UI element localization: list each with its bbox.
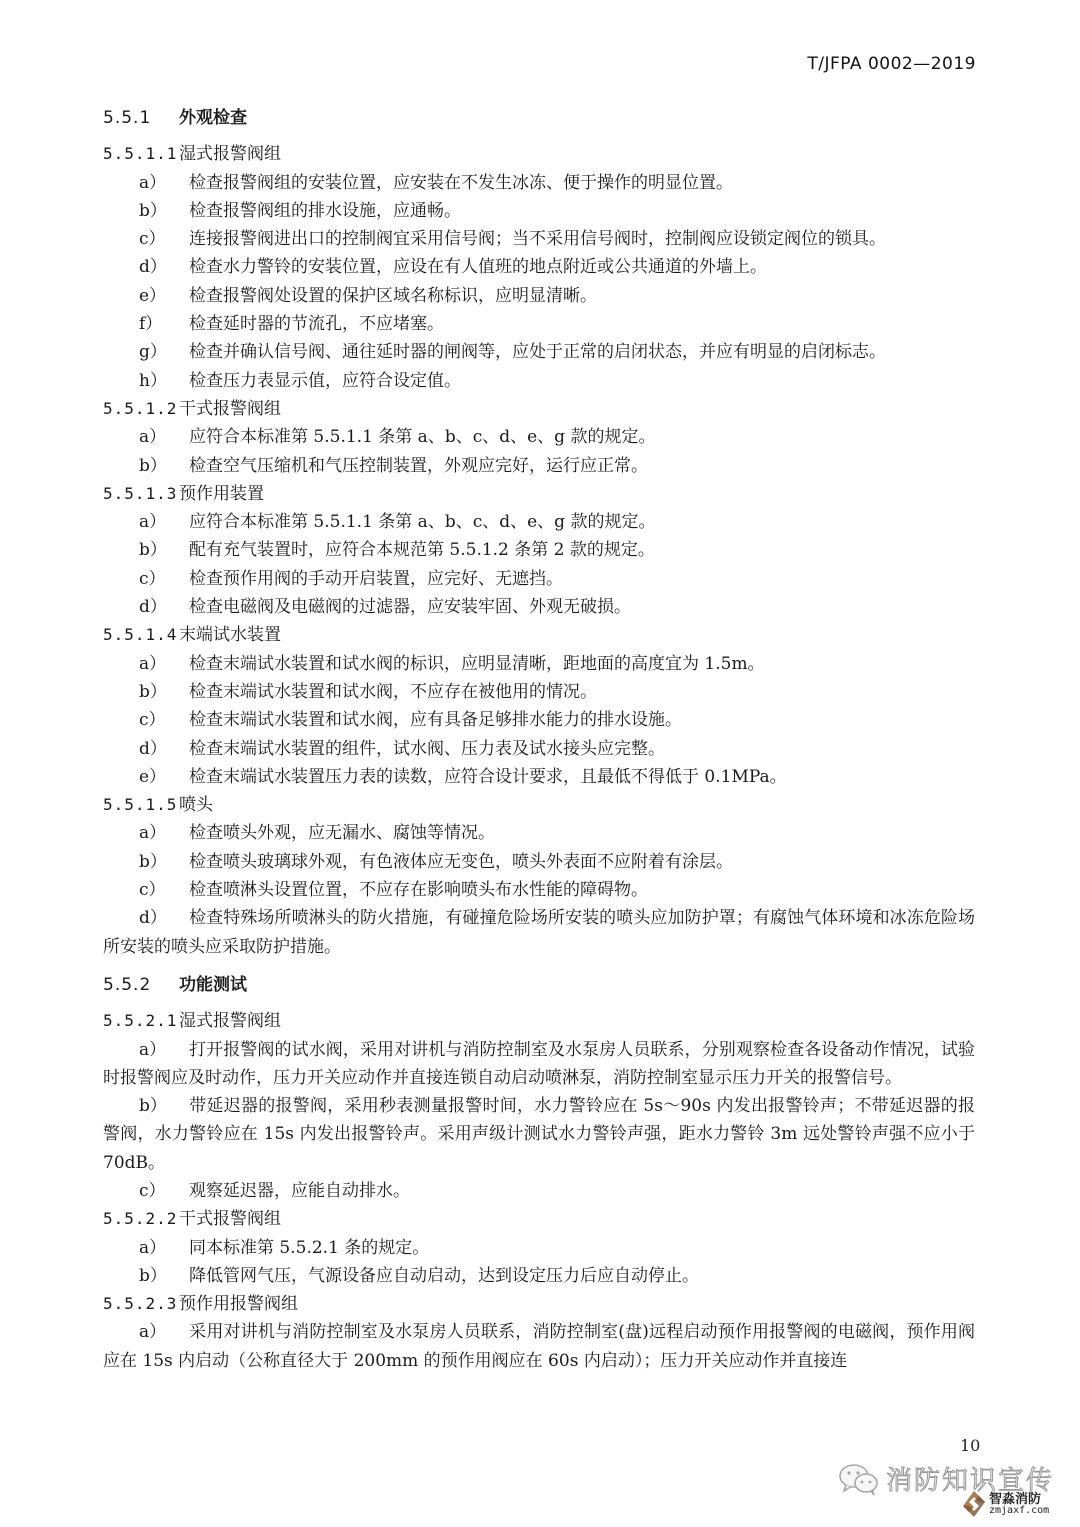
item-text: 降低管网气压，气源设备应自动启动，达到设定压力后应自动停止。	[189, 1266, 699, 1286]
subsection-heading: 5.5.2.2干式报警阀组	[103, 1205, 975, 1233]
list-item: c）检查喷淋头设置位置，不应存在影响喷头布水性能的障碍物。	[103, 876, 975, 904]
list-item: f）检查延时器的节流孔，不应堵塞。	[103, 310, 975, 338]
item-text: 检查末端试水装置和试水阀，不应存在被他用的情况。	[189, 682, 597, 702]
subsection-number: 5.5.1.1	[103, 140, 179, 168]
list-item: d）检查末端试水装置的组件，试水阀、压力表及试水接头应完整。	[103, 735, 975, 763]
item-mark: d）	[139, 253, 189, 281]
item-mark: b）	[139, 452, 189, 480]
subsection-number: 5.5.1.4	[103, 621, 179, 649]
item-text: 检查喷头外观，应无漏水、腐蚀等情况。	[189, 823, 495, 843]
subsection-heading: 5.5.1.3预作用装置	[103, 480, 975, 508]
item-text: 连接报警阀进出口的控制阀宜采用信号阀；当不采用信号阀时，控制阀应设锁定阀位的锁具…	[189, 229, 886, 249]
list-item: d）检查电磁阀及电磁阀的过滤器，应安装牢固、外观无破损。	[103, 593, 975, 621]
item-mark: a）	[139, 169, 189, 197]
item-text: 检查报警阀组的排水设施，应通畅。	[189, 201, 461, 221]
item-text: 检查喷头玻璃球外观，有色液体应无变色，喷头外表面不应附着有涂层。	[189, 852, 733, 872]
subsection-title: 湿式报警阀组	[179, 144, 281, 164]
item-text: 检查电磁阀及电磁阀的过滤器，应安装牢固、外观无破损。	[189, 597, 631, 617]
item-text: 检查空气压缩机和气压控制装置，外观应完好，运行应正常。	[189, 456, 648, 476]
item-mark: d）	[139, 593, 189, 621]
list-item: b）检查喷头玻璃球外观，有色液体应无变色，喷头外表面不应附着有涂层。	[103, 848, 975, 876]
item-mark: a）	[139, 819, 189, 847]
subsection-number: 5.5.2.2	[103, 1205, 179, 1233]
wechat-icon	[838, 1462, 880, 1496]
brand-name: 智淼消防	[989, 1493, 1049, 1506]
list-item: a）检查末端试水装置和试水阀的标识，应明显清晰，距地面的高度宜为 1.5m。	[103, 650, 975, 678]
subsection-heading: 5.5.1.5喷头	[103, 791, 975, 819]
list-item: e）检查末端试水装置压力表的读数，应符合设计要求，且最低不得低于 0.1MPa。	[103, 763, 975, 791]
subsection-title: 预作用报警阀组	[179, 1294, 298, 1314]
item-text: 应符合本标准第 5.5.1.1 条第 a、b、c、d、e、g 款的规定。	[189, 512, 655, 532]
list-item: a）同本标准第 5.5.2.1 条的规定。	[103, 1234, 975, 1262]
item-text: 同本标准第 5.5.2.1 条的规定。	[189, 1238, 429, 1258]
item-text: 检查喷淋头设置位置，不应存在影响喷头布水性能的障碍物。	[189, 880, 648, 900]
subsection-number: 5.5.1.2	[103, 395, 179, 423]
list-item: b）配有充气装置时，应符合本规范第 5.5.1.2 条第 2 款的规定。	[103, 536, 975, 564]
list-item-paragraph: a）打开报警阀的试水阀，采用对讲机与消防控制室及水泵房人员联系，分别观察检查各设…	[103, 1036, 975, 1093]
item-mark: c）	[139, 225, 189, 253]
list-item: g）检查并确认信号阀、通往延时器的闸阀等，应处于正常的启闭状态，并应有明显的启闭…	[103, 338, 975, 366]
item-mark: d）	[139, 735, 189, 763]
item-mark: b）	[139, 1092, 189, 1120]
item-text: 采用对讲机与消防控制室及水泵房人员联系，消防控制室(盘)远程启动预作用报警阀的电…	[103, 1322, 975, 1370]
item-text: 配有充气装置时，应符合本规范第 5.5.1.2 条第 2 款的规定。	[189, 540, 655, 560]
list-item: b）检查空气压缩机和气压控制装置，外观应完好，运行应正常。	[103, 452, 975, 480]
list-item-paragraph: a）采用对讲机与消防控制室及水泵房人员联系，消防控制室(盘)远程启动预作用报警阀…	[103, 1318, 975, 1375]
list-item: b）降低管网气压，气源设备应自动启动，达到设定压力后应自动停止。	[103, 1262, 975, 1290]
item-mark: b）	[139, 197, 189, 225]
list-item: a）应符合本标准第 5.5.1.1 条第 a、b、c、d、e、g 款的规定。	[103, 508, 975, 536]
subsection-title: 喷头	[179, 795, 213, 815]
section-title: 功能测试	[179, 975, 247, 995]
item-mark: a）	[139, 1318, 189, 1346]
list-item: d）检查水力警铃的安装位置，应设在有人值班的地点附近或公共通道的外墙上。	[103, 253, 975, 281]
item-mark: a）	[139, 508, 189, 536]
subsection-number: 5.5.2.1	[103, 1007, 179, 1035]
item-mark: b）	[139, 848, 189, 876]
item-mark: d）	[139, 904, 189, 932]
brand-watermark: 智淼消防 zmjaxf.com	[962, 1490, 1049, 1518]
item-mark: c）	[139, 1177, 189, 1205]
item-text: 观察延迟器，应能自动排水。	[189, 1181, 410, 1201]
list-item: c）连接报警阀进出口的控制阀宜采用信号阀；当不采用信号阀时，控制阀应设锁定阀位的…	[103, 225, 975, 253]
list-item-paragraph: c）观察延迟器，应能自动排水。	[103, 1177, 975, 1205]
subsection-title: 末端试水装置	[179, 625, 281, 645]
item-mark: b）	[139, 536, 189, 564]
subsection-title: 干式报警阀组	[179, 1209, 281, 1229]
document-body: 5.5.1外观检查 5.5.1.1湿式报警阀组 a）检查报警阀组的安装位置，应安…	[103, 104, 975, 1375]
item-mark: a）	[139, 423, 189, 451]
subsection-heading: 5.5.2.1湿式报警阀组	[103, 1007, 975, 1035]
subsection-heading: 5.5.1.1湿式报警阀组	[103, 140, 975, 168]
item-text: 检查报警阀处设置的保护区域名称标识，应明显清晰。	[189, 286, 597, 306]
subsection-heading: 5.5.1.2干式报警阀组	[103, 395, 975, 423]
list-item: c）检查预作用阀的手动开启装置，应完好、无遮挡。	[103, 565, 975, 593]
subsection-heading: 5.5.2.3预作用报警阀组	[103, 1290, 975, 1318]
item-text: 带延迟器的报警阀，采用秒表测量报警时间，水力警铃应在 5s～90s 内发出报警铃…	[103, 1096, 975, 1173]
section-number: 5.5.1	[103, 104, 179, 132]
item-text: 检查延时器的节流孔，不应堵塞。	[189, 314, 444, 334]
item-text: 打开报警阀的试水阀，采用对讲机与消防控制室及水泵房人员联系，分别观察检查各设备动…	[103, 1040, 975, 1088]
item-mark: e）	[139, 763, 189, 791]
item-mark: h）	[139, 367, 189, 395]
list-item: b）检查报警阀组的排水设施，应通畅。	[103, 197, 975, 225]
list-item-paragraph: b）带延迟器的报警阀，采用秒表测量报警时间，水力警铃应在 5s～90s 内发出报…	[103, 1092, 975, 1177]
item-text: 检查末端试水装置和试水阀，应有具备足够排水能力的排水设施。	[189, 710, 682, 730]
item-mark: c）	[139, 876, 189, 904]
subsection-title: 湿式报警阀组	[179, 1011, 281, 1031]
item-mark: c）	[139, 565, 189, 593]
item-text: 检查末端试水装置和试水阀的标识，应明显清晰，距地面的高度宜为 1.5m。	[189, 654, 765, 674]
item-text: 检查水力警铃的安装位置，应设在有人值班的地点附近或公共通道的外墙上。	[189, 257, 767, 277]
standard-code-header: T/JFPA 0002—2019	[807, 54, 976, 74]
item-text: 检查特殊场所喷淋头的防火措施，有碰撞危险场所安装的喷头应加防护罩；有腐蚀气体环境…	[103, 908, 975, 956]
section-heading: 5.5.1外观检查	[103, 104, 975, 132]
list-item: a）应符合本标准第 5.5.1.1 条第 a、b、c、d、e、g 款的规定。	[103, 423, 975, 451]
item-mark: g）	[139, 338, 189, 366]
item-mark: a）	[139, 1036, 189, 1064]
list-item: c）检查末端试水装置和试水阀，应有具备足够排水能力的排水设施。	[103, 706, 975, 734]
list-item: a）检查喷头外观，应无漏水、腐蚀等情况。	[103, 819, 975, 847]
item-text: 检查末端试水装置的组件，试水阀、压力表及试水接头应完整。	[189, 739, 665, 759]
item-text: 检查并确认信号阀、通往延时器的闸阀等，应处于正常的启闭状态，并应有明显的启闭标志…	[189, 342, 886, 362]
subsection-number: 5.5.1.5	[103, 791, 179, 819]
subsection-heading: 5.5.1.4末端试水装置	[103, 621, 975, 649]
section-title: 外观检查	[179, 108, 247, 128]
item-text: 检查压力表显示值，应符合设定值。	[189, 371, 461, 391]
item-mark: c）	[139, 706, 189, 734]
subsection-title: 干式报警阀组	[179, 399, 281, 419]
item-mark: a）	[139, 650, 189, 678]
page-number: 10	[960, 1436, 980, 1455]
item-text: 检查报警阀组的安装位置，应安装在不发生冰冻、便于操作的明显位置。	[189, 173, 733, 193]
list-item-paragraph: d）检查特殊场所喷淋头的防火措施，有碰撞危险场所安装的喷头应加防护罩；有腐蚀气体…	[103, 904, 975, 961]
brand-logo-icon	[962, 1490, 986, 1518]
list-item: a）检查报警阀组的安装位置，应安装在不发生冰冻、便于操作的明显位置。	[103, 169, 975, 197]
brand-url: zmjaxf.com	[989, 1506, 1049, 1516]
item-mark: a）	[139, 1234, 189, 1262]
list-item: e）检查报警阀处设置的保护区域名称标识，应明显清晰。	[103, 282, 975, 310]
item-text: 检查末端试水装置压力表的读数，应符合设计要求，且最低不得低于 0.1MPa。	[189, 767, 787, 787]
subsection-number: 5.5.2.3	[103, 1290, 179, 1318]
item-mark: e）	[139, 282, 189, 310]
subsection-title: 预作用装置	[179, 484, 264, 504]
item-text: 检查预作用阀的手动开启装置，应完好、无遮挡。	[189, 569, 563, 589]
section-heading: 5.5.2功能测试	[103, 971, 975, 999]
list-item: b）检查末端试水装置和试水阀，不应存在被他用的情况。	[103, 678, 975, 706]
list-item: h）检查压力表显示值，应符合设定值。	[103, 367, 975, 395]
section-number: 5.5.2	[103, 971, 179, 999]
item-text: 应符合本标准第 5.5.1.1 条第 a、b、c、d、e、g 款的规定。	[189, 427, 655, 447]
item-mark: f）	[139, 310, 189, 338]
subsection-number: 5.5.1.3	[103, 480, 179, 508]
item-mark: b）	[139, 1262, 189, 1290]
item-mark: b）	[139, 678, 189, 706]
